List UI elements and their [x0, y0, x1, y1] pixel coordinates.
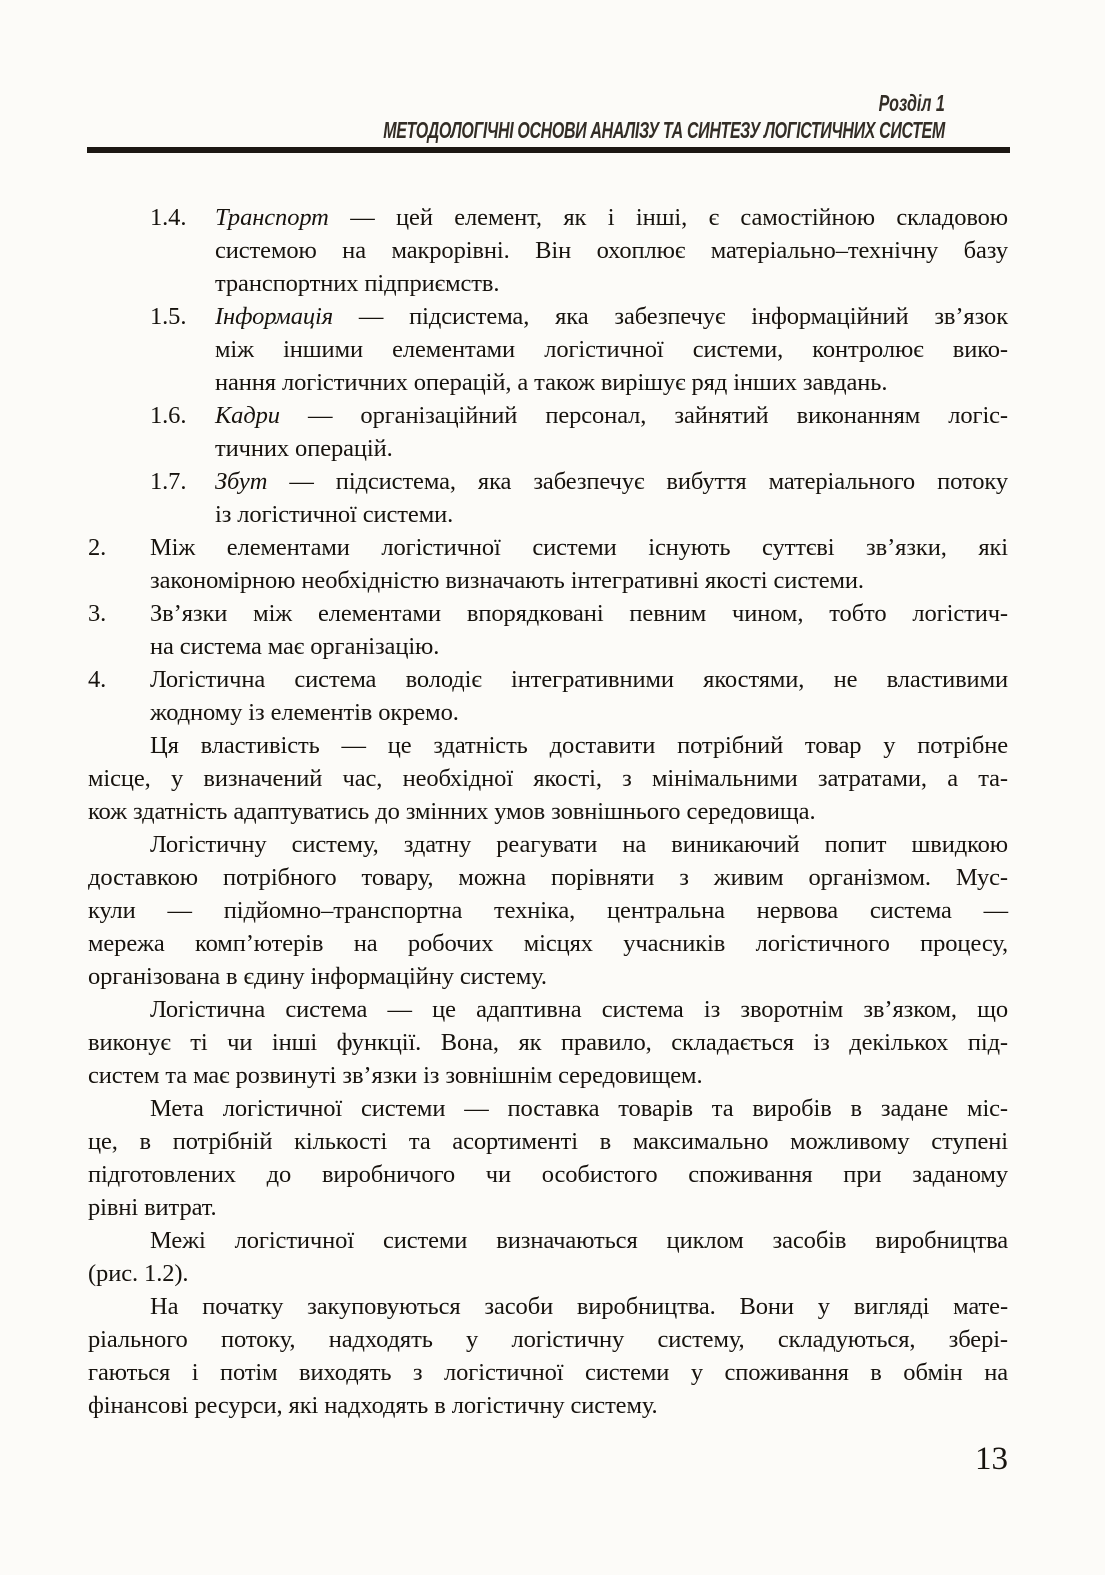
paragraph: На початку закуповуються засоби виробниц…: [88, 1290, 1008, 1422]
text-line: Ця властивість — це здатність доставити …: [88, 729, 1008, 762]
text-line: Логістична система — це адаптивна систем…: [88, 993, 1008, 1026]
paragraph: Мета логістичної системи — поставка това…: [88, 1092, 1008, 1224]
text-line: Між елементами логістичної системи існую…: [150, 531, 1008, 564]
text-line: мережа комп’ютерів на робочих місцях уча…: [88, 927, 1008, 960]
text-line: Транспорт — цей елемент, як і інші, є са…: [215, 201, 1008, 234]
text-line: Інформація — підсистема, яка забезпечує …: [215, 300, 1008, 333]
chapter-label: Розділ 1: [367, 90, 945, 117]
text-line: нання логістичних операцій, а також вирі…: [215, 366, 1008, 399]
text-line: на система має організацію.: [150, 630, 1008, 663]
text-line: доставкою потрібного товару, можна порів…: [88, 861, 1008, 894]
text-line: виконує ті чи інші функції. Вона, як пра…: [88, 1026, 1008, 1059]
list-item-2: 2. Між елементами логістичної системи іс…: [88, 531, 1008, 597]
text-run: — підсистема, яка забезпечує інформаційн…: [333, 303, 1008, 330]
page-content: 1.4. Транспорт — цей елемент, як і інші,…: [88, 201, 1008, 1422]
page-header: Розділ 1 МЕТОДОЛОГІЧНІ ОСНОВИ АНАЛІЗУ ТА…: [119, 90, 945, 144]
text-line: На початку закуповуються засоби виробниц…: [88, 1290, 1008, 1323]
text-line: Збут — підсистема, яка забезпечує вибутт…: [215, 465, 1008, 498]
text-line: із логістичної системи.: [215, 498, 1008, 531]
list-item-3: 3. Зв’язки між елементами впорядковані п…: [88, 597, 1008, 663]
paragraph: Логістичну систему, здатну реагувати на …: [88, 828, 1008, 993]
list-number: 3.: [88, 597, 106, 630]
text-line: місце, у визначений час, необхідної якос…: [88, 762, 1008, 795]
text-run: — цей елемент, як і інші, є самостійною …: [329, 204, 1008, 231]
header-rule: [87, 147, 1010, 153]
text-line: кули — підйомно–транспортна техніка, цен…: [88, 894, 1008, 927]
text-line: підготовлених до виробничого чи особисто…: [88, 1158, 1008, 1191]
list-item-1-4: 1.4. Транспорт — цей елемент, як і інші,…: [88, 201, 1008, 300]
list-item-1-5: 1.5. Інформація — підсистема, яка забезп…: [88, 300, 1008, 399]
text-line: Логістична система володіє інтегративним…: [150, 663, 1008, 696]
text-line: тичних операцій.: [215, 432, 1008, 465]
text-line: це, в потрібній кількості та асортименті…: [88, 1125, 1008, 1158]
text-line: між іншими елементами логістичної систем…: [215, 333, 1008, 366]
text-line: (рис. 1.2).: [88, 1257, 1008, 1290]
text-line: системою на макрорівні. Він охоплює мате…: [215, 234, 1008, 267]
text-line: гаються і потім виходять з логістичної с…: [88, 1356, 1008, 1389]
list-item-4: 4. Логістична система володіє інтегратив…: [88, 663, 1008, 729]
paragraph: Ця властивість — це здатність доставити …: [88, 729, 1008, 828]
text-run: — підсистема, яка забезпечує вибуття мат…: [267, 468, 1008, 495]
term-italic: Кадри: [215, 402, 280, 429]
paragraph: Логістична система — це адаптивна систем…: [88, 993, 1008, 1092]
text-line: Кадри — організаційний персонал, зайняти…: [215, 399, 1008, 432]
text-line: Логістичну систему, здатну реагувати на …: [88, 828, 1008, 861]
paragraph: Межі логістичної системи визначаються ци…: [88, 1224, 1008, 1290]
list-number: 1.5.: [150, 300, 186, 333]
chapter-title: МЕТОДОЛОГІЧНІ ОСНОВИ АНАЛІЗУ ТА СИНТЕЗУ …: [383, 117, 945, 144]
list-number: 4.: [88, 663, 106, 696]
term-italic: Збут: [215, 468, 267, 495]
text-line: систем та має розвинуті зв’язки із зовні…: [88, 1059, 1008, 1092]
list-number: 1.6.: [150, 399, 186, 432]
list-number: 2.: [88, 531, 106, 564]
book-page: Розділ 1 МЕТОДОЛОГІЧНІ ОСНОВИ АНАЛІЗУ ТА…: [0, 0, 1105, 1575]
term-italic: Транспорт: [215, 204, 329, 231]
text-line: фінансові ресурси, які надходять в логіс…: [88, 1389, 1008, 1422]
text-line: ріального потоку, надходять у логістичну…: [88, 1323, 1008, 1356]
term-italic: Інформація: [215, 303, 333, 330]
text-run: — організаційний персонал, зайнятий вико…: [280, 402, 1008, 429]
list-item-1-7: 1.7. Збут — підсистема, яка забезпечує в…: [88, 465, 1008, 531]
list-item-1-6: 1.6. Кадри — організаційний персонал, за…: [88, 399, 1008, 465]
text-line: транспортних підприємств.: [215, 267, 1008, 300]
text-line: Мета логістичної системи — поставка това…: [88, 1092, 1008, 1125]
text-line: рівні витрат.: [88, 1191, 1008, 1224]
list-number: 1.7.: [150, 465, 186, 498]
text-line: закономірною необхідністю визначають інт…: [150, 564, 1008, 597]
list-number: 1.4.: [150, 201, 186, 234]
page-number: 13: [975, 1440, 1008, 1478]
text-line: Зв’язки між елементами впорядковані певн…: [150, 597, 1008, 630]
text-line: жодному із елементів окремо.: [150, 696, 1008, 729]
text-line: організована в єдину інформаційну систем…: [88, 960, 1008, 993]
text-line: кож здатність адаптуватись до змінних ум…: [88, 795, 1008, 828]
text-line: Межі логістичної системи визначаються ци…: [88, 1224, 1008, 1257]
